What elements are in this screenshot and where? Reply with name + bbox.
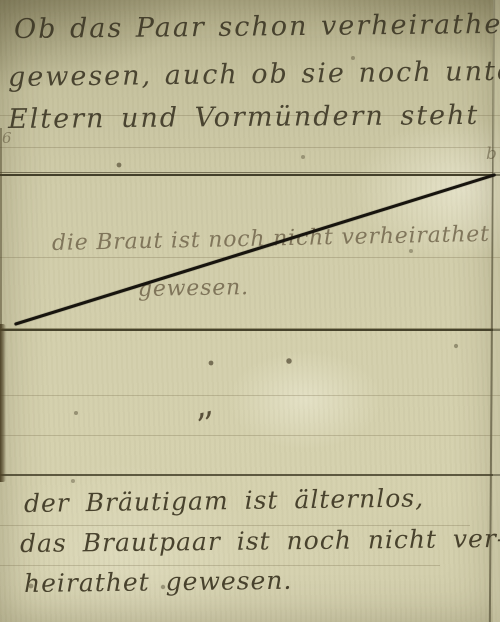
handwritten-line: Eltern und Vormündern steht (8, 102, 480, 133)
handwritten-line: der Bräutigam ist älternlos, (24, 485, 424, 516)
guide-line (0, 395, 500, 396)
stray-ink-mark: 6 (2, 131, 12, 146)
stray-ink-mark: b (486, 146, 497, 163)
paper-edge-left (0, 128, 2, 328)
handwritten-line: Ob das Paar schon verheirathet (14, 11, 500, 43)
ditto-mark: ,, (193, 395, 213, 422)
handwritten-line: das Brautpaar ist noch nicht ver- (20, 526, 500, 556)
horizontal-rule-bottom (0, 474, 500, 476)
guide-line (0, 147, 500, 148)
paper-speckles (0, 0, 2, 2)
paper-edge-left-torn (0, 324, 6, 482)
handwritten-line: gewesen, auch ob sie noch unter (8, 58, 500, 91)
handwritten-line: die Braut ist noch nicht verheirathet (52, 224, 490, 255)
horizontal-rule-top (0, 172, 500, 176)
guide-line (0, 257, 500, 258)
guide-line (0, 435, 500, 436)
horizontal-rule-middle (0, 328, 500, 331)
handwritten-line: heirathet gewesen. (24, 568, 293, 596)
register-page: Ob das Paar schon verheirathet gewesen, … (0, 0, 500, 622)
